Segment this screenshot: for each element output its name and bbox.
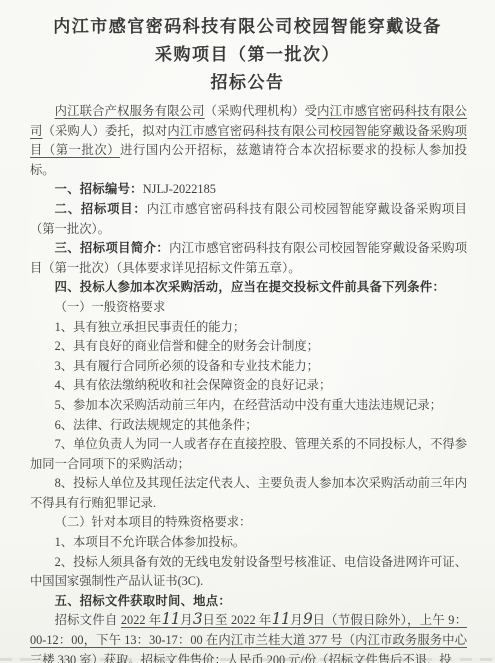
document-title-block: 内江市感官密码科技有限公司校园智能穿戴设备 采购项目（第一批次） 招标公告 <box>0 0 495 97</box>
document-page: 内江市感官密码科技有限公司校园智能穿戴设备 采购项目（第一批次） 招标公告 内江… <box>0 0 495 663</box>
agency-role-text: （采购代理机构）受 <box>205 104 318 118</box>
document-body: 内江联合产权服务有限公司（采购代理机构）受内江市感官密码科技有限公司（采购人）委… <box>0 97 495 663</box>
section-document-obtain-label: 五、招标文件获取时间、地点： <box>55 594 231 608</box>
general-requirement-item: 5、参加本次采购活动前三年内，在经营活动中没有重大违法违规记录； <box>30 396 467 416</box>
section-tender-project: 二、招标项目：内江市感官密码科技有限公司校园智能穿戴设备采购项目（第一批次）。 <box>30 200 467 239</box>
section-tender-number-label: 一、招标编号： <box>55 182 143 196</box>
procurement-agency-name: 内江联合产权服务有限公司 <box>55 104 205 118</box>
section-document-obtain-heading: 五、招标文件获取时间、地点： <box>30 592 467 612</box>
section-project-brief: 三、招标项目简介：内江市感官密码科技有限公司校园智能穿戴设备采购项目（第一批次）… <box>30 239 467 278</box>
handwritten-end-month: 11 <box>272 610 291 628</box>
handwritten-start-month: 11 <box>161 610 180 628</box>
tender-number-value: NJLJ-2022185 <box>143 182 216 196</box>
announcement-heading: 招标公告 <box>0 69 495 97</box>
general-requirement-item: 6、法律、行政法规规定的其他条件； <box>30 416 467 436</box>
start-year-text: 2022 年 <box>121 613 162 627</box>
section-project-brief-label: 三、招标项目简介： <box>55 241 169 255</box>
handwritten-start-day: 3 <box>193 610 202 628</box>
document-title-line-1: 内江市感官密码科技有限公司校园智能穿戴设备 <box>0 13 495 41</box>
general-requirement-item: 8、投标人单位及其现任法定代表人、主要负责人参加本次采购活动前三年内不得具有行贿… <box>30 474 467 513</box>
special-requirement-item: 2、投标人须具备有效的无线电发射设备型号核准证、电信设备进网许可证、中国国家强制… <box>30 553 467 592</box>
obtain-intro-text: 招标文件自 <box>55 613 121 627</box>
general-requirement-item: 1、具有独立承担民事责任的能力； <box>30 318 467 338</box>
month-character-1: 月 <box>180 613 193 627</box>
purchaser-role-text: （采购人）委托，拟对 <box>43 124 168 138</box>
general-requirements-heading: （一）一般资格要求 <box>30 298 467 318</box>
section-bidder-conditions: 四、投标人参加本次采购活动，应当在提交投标文件前具备下列条件： <box>30 278 467 298</box>
general-requirement-item: 4、具有依法缴纳税收和社会保障资金的良好记录； <box>30 376 467 396</box>
month-character-2: 月 <box>290 613 303 627</box>
section-bidder-conditions-label: 四、投标人参加本次采购活动，应当在提交投标文件前具备下列条件： <box>55 280 446 294</box>
special-requirements-heading: （二）针对本项目的特殊资格要求： <box>30 513 467 533</box>
document-title-line-2: 采购项目（第一批次） <box>0 41 495 69</box>
intro-paragraph: 内江联合产权服务有限公司（采购代理机构）受内江市感官密码科技有限公司（采购人）委… <box>30 102 467 180</box>
date-middle-text: 日至 2022 年 <box>202 613 271 627</box>
general-requirement-item: 7、单位负责人为同一人或者存在直接控股、管理关系的不同投标人，不得参加同一合同项… <box>30 435 467 474</box>
section-tender-project-label: 二、招标项目： <box>55 202 147 216</box>
general-requirement-item: 2、具有良好的商业信誉和健全的财务会计制度； <box>30 337 467 357</box>
handwritten-end-day: 9 <box>303 610 312 628</box>
special-requirement-item: 1、本项目不允许联合体参加投标。 <box>30 533 467 553</box>
section-tender-number: 一、招标编号：NJLJ-2022185 <box>30 180 467 200</box>
general-requirement-item: 3、具有履行合同所必须的设备和专业技术能力； <box>30 357 467 377</box>
scan-bottom-edge-artifact <box>0 658 495 661</box>
document-obtain-paragraph: 招标文件自 2022 年11月3日至 2022 年11月9日（节假日除外），上午… <box>30 611 467 663</box>
